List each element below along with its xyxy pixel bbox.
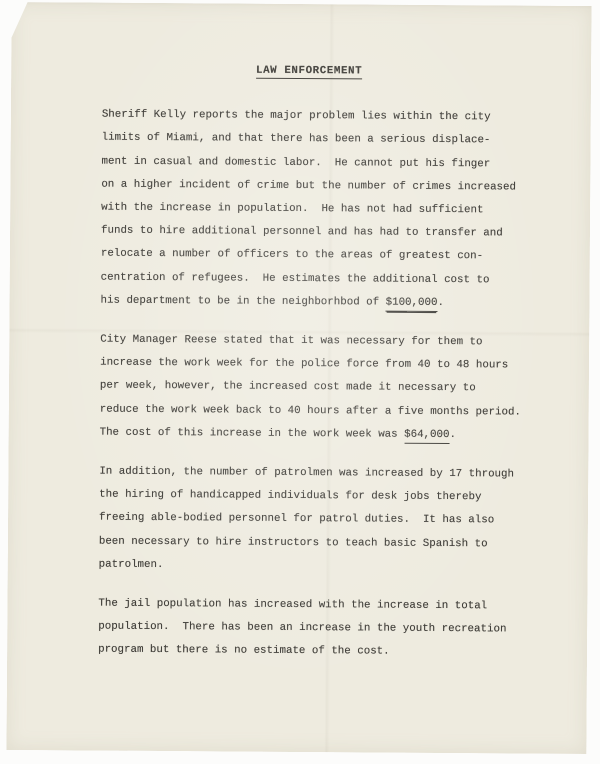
text-line: been necessary to hire instructors to te… bbox=[99, 530, 588, 557]
text-segment: increase the work week for the police fo… bbox=[100, 357, 508, 372]
text-segment: Sheriff Kelly reports the major problem … bbox=[102, 109, 491, 124]
text-segment: population. There has been an increase i… bbox=[98, 621, 506, 636]
text-segment: The jail population has increased with t… bbox=[98, 598, 487, 613]
text-line: ment in casual and domestic labor. He ca… bbox=[101, 150, 590, 177]
text-line: City Manager Reese stated that it was ne… bbox=[100, 329, 589, 356]
text-line: increase the work week for the police fo… bbox=[100, 352, 589, 379]
text-line: with the increase in population. He has … bbox=[101, 197, 590, 224]
text-segment: program but there is no estimate of the … bbox=[98, 644, 390, 658]
text-segment: his department to be in the neighborhbod… bbox=[100, 294, 385, 308]
text-segment: In addition, the number of patrolmen was… bbox=[99, 466, 514, 481]
text-line: limits of Miami, and that there has been… bbox=[102, 127, 591, 154]
text-line: funds to hire additional personnel and h… bbox=[101, 220, 590, 247]
text-segment: been necessary to hire instructors to te… bbox=[99, 535, 488, 550]
text-segment: with the increase in population. He has … bbox=[101, 202, 483, 217]
text-segment: funds to hire additional personnel and h… bbox=[101, 225, 503, 240]
text-segment: the hiring of handicapped individuals fo… bbox=[99, 489, 481, 504]
text-segment: The cost of this increase in the work we… bbox=[100, 426, 405, 440]
text-line: program but there is no estimate of the … bbox=[98, 639, 587, 666]
scan-background: { "page": { "background_color": "#fcfcfb… bbox=[0, 0, 600, 764]
underlined-amount: $64,000 bbox=[404, 429, 449, 444]
text-segment: . bbox=[437, 297, 444, 309]
double-underlined-amount: $100,000 bbox=[386, 296, 438, 311]
text-segment: per week, however, the increased cost ma… bbox=[100, 380, 476, 395]
text-line: reduce the work week back to 40 hours af… bbox=[100, 398, 589, 425]
text-line: the hiring of handicapped individuals fo… bbox=[99, 484, 588, 511]
document-title-row: LAW ENFORCEMENT bbox=[102, 59, 516, 85]
text-line: The cost of this increase in the work we… bbox=[100, 421, 589, 448]
document-title: LAW ENFORCEMENT bbox=[256, 65, 362, 80]
text-segment: relocate a number of officers to the are… bbox=[101, 248, 483, 263]
text-segment: . bbox=[449, 429, 456, 441]
text-segment: City Manager Reese stated that it was ne… bbox=[100, 334, 482, 349]
text-segment: patrolmen. bbox=[99, 558, 164, 570]
text-segment: freeing able-bodied personnel for patrol… bbox=[99, 512, 494, 527]
text-line: on a higher incident of crime but the nu… bbox=[101, 173, 590, 200]
document-page: LAW ENFORCEMENT Sheriff Kelly reports th… bbox=[6, 2, 591, 754]
text-segment: reduce the work week back to 40 hours af… bbox=[100, 403, 521, 418]
text-line: freeing able-bodied personnel for patrol… bbox=[99, 507, 588, 534]
document-content: LAW ENFORCEMENT Sheriff Kelly reports th… bbox=[6, 2, 591, 754]
text-segment: limits of Miami, and that there has been… bbox=[102, 132, 491, 147]
paragraph: City Manager Reese stated that it was ne… bbox=[100, 329, 590, 448]
text-segment: on a higher incident of crime but the nu… bbox=[101, 178, 516, 193]
text-line: centration of refugees. He estimates the… bbox=[101, 266, 590, 293]
paragraph: The jail population has increased with t… bbox=[98, 593, 587, 666]
text-line: his department to be in the neighborhbod… bbox=[100, 289, 589, 316]
text-segment: ment in casual and domestic labor. He ca… bbox=[101, 155, 490, 170]
text-line: patrolmen. bbox=[99, 553, 588, 580]
text-line: relocate a number of officers to the are… bbox=[101, 243, 590, 270]
text-line: population. There has been an increase i… bbox=[98, 616, 587, 643]
paragraph: In addition, the number of patrolmen was… bbox=[99, 461, 589, 580]
document-body: Sheriff Kelly reports the major problem … bbox=[98, 104, 591, 666]
text-line: In addition, the number of patrolmen was… bbox=[99, 461, 588, 488]
text-line: per week, however, the increased cost ma… bbox=[100, 375, 589, 402]
text-line: The jail population has increased with t… bbox=[98, 593, 587, 620]
paragraph: Sheriff Kelly reports the major problem … bbox=[100, 104, 590, 316]
text-segment: centration of refugees. He estimates the… bbox=[101, 271, 490, 286]
text-line: Sheriff Kelly reports the major problem … bbox=[102, 104, 591, 131]
